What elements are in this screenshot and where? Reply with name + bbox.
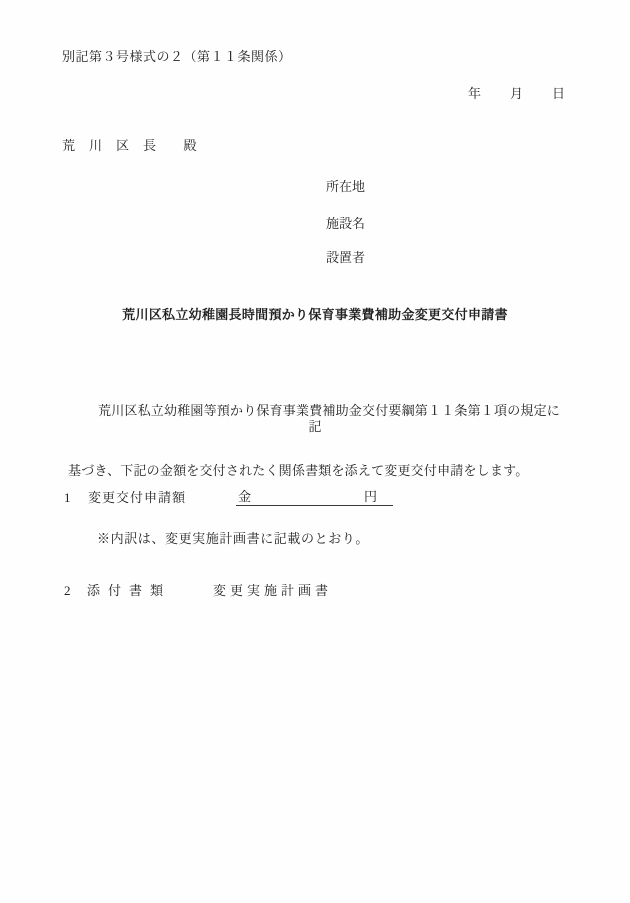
item-1-number: 1 — [64, 490, 71, 506]
amount-prefix: 金 — [238, 489, 251, 504]
body-line-1: 荒川区私立幼稚園等預かり保育事業費補助金交付要綱第１１条第１項の規定に — [68, 401, 568, 421]
date-line: 年 月 日 — [468, 86, 566, 102]
amount-blank-field: 金 円 — [236, 487, 393, 506]
breakdown-note: ※内訳は、変更実施計画書に記載のとおり。 — [97, 531, 369, 547]
addressee-line: 荒 川 区 長 殿 — [62, 138, 197, 154]
form-number: 別記第３号様式の２（第１１条関係） — [62, 49, 292, 65]
item-2-label: 添付書類 — [87, 583, 171, 599]
facility-name-label: 施設名 — [326, 216, 365, 232]
address-label: 所在地 — [326, 179, 365, 195]
item-1-label: 変更交付申請額 — [88, 490, 186, 506]
item-2-value: 変更実施計画書 — [213, 583, 332, 599]
document-page: 別記第３号様式の２（第１１条関係） 年 月 日 荒 川 区 長 殿 所在地 施設… — [0, 0, 630, 903]
amount-suffix: 円 — [364, 489, 377, 504]
document-title: 荒川区私立幼稚園長時間預かり保育事業費補助金変更交付申請書 — [0, 307, 630, 323]
record-marker: 記 — [0, 419, 630, 435]
body-line-2: 基づき、下記の金額を交付されたく関係書類を添えて変更交付申請をします。 — [68, 461, 568, 481]
founder-label: 設置者 — [326, 250, 365, 266]
item-2-number: 2 — [64, 583, 71, 599]
